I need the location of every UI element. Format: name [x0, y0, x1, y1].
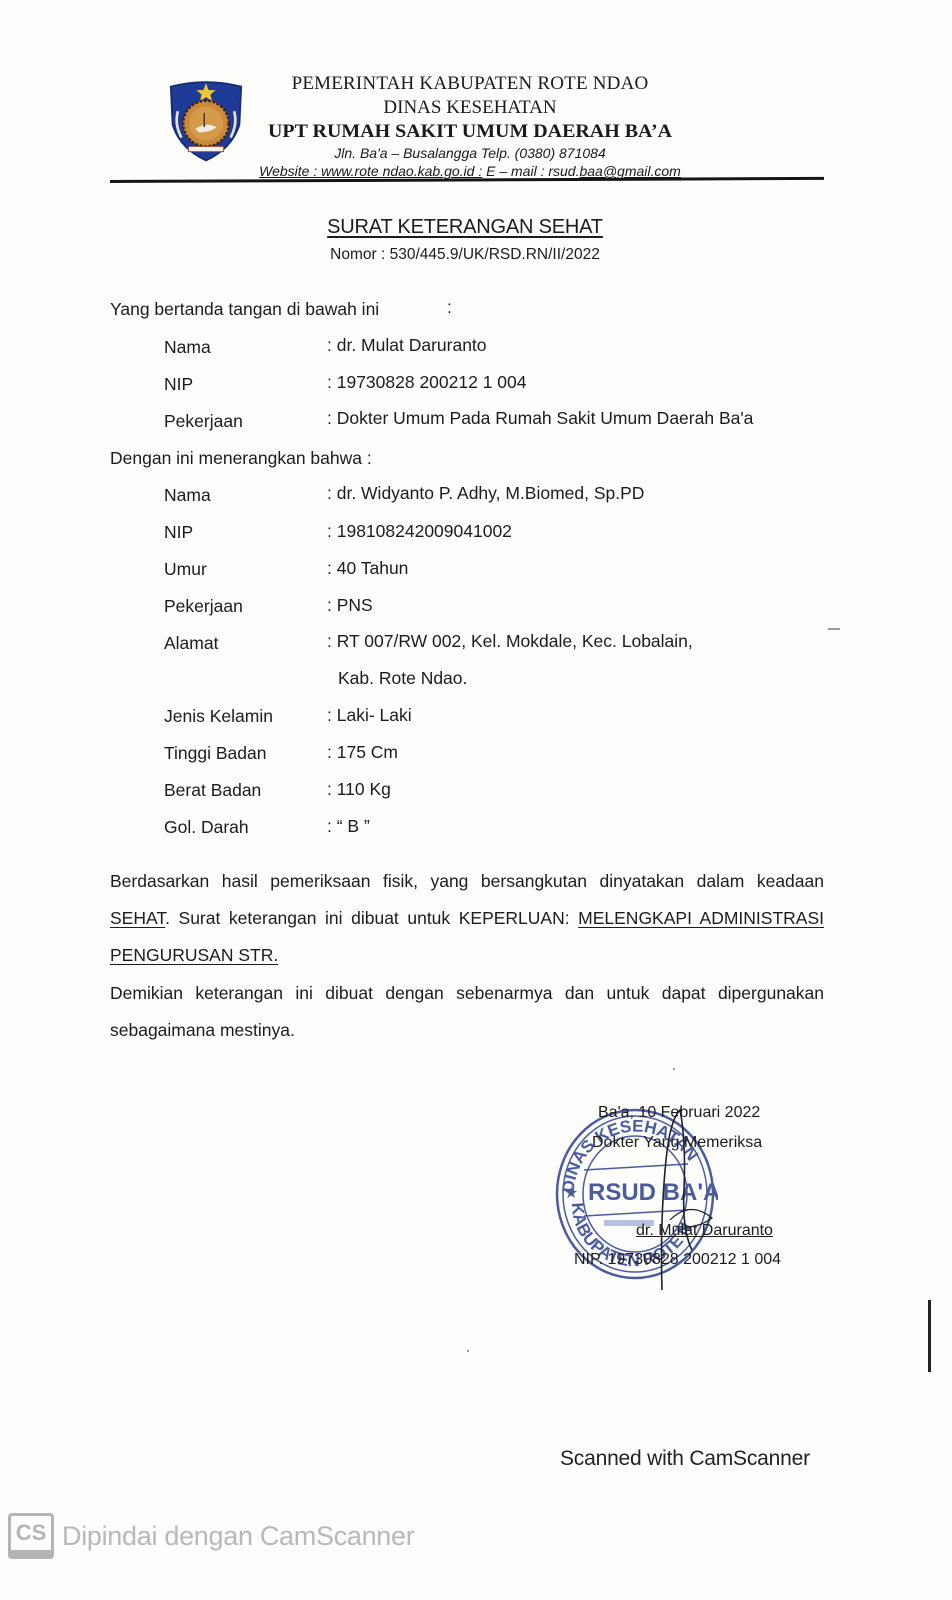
government-name: PEMERINTAH KABUPATEN ROTE NDAO [230, 72, 710, 96]
subject-height-label: Tinggi Badan [164, 742, 266, 764]
email-prefix: E – mail : rsud. [482, 163, 579, 179]
subject-nip-value: : 198108242009041002 [327, 520, 512, 542]
handwritten-signature [600, 1100, 740, 1290]
subject-age-label: Umur [164, 558, 207, 580]
subject-job-label: Pekerjaan [164, 595, 243, 617]
department-name: DINAS KESEHATAN [230, 96, 710, 120]
scan-mark [828, 628, 840, 630]
letterhead: PEMERINTAH KABUPATEN ROTE NDAO DINAS KES… [230, 72, 710, 180]
document-title: SURAT KETERANGAN SEHAT [0, 216, 930, 239]
health-status: SEHAT [110, 908, 165, 928]
subject-job-value: : PNS [327, 594, 373, 616]
subject-weight-label: Berat Badan [164, 779, 261, 801]
subject-intro: Dengan ini menerangkan bahwa : [110, 447, 372, 469]
camscanner-watermark-text: Dipindai dengan CamScanner [62, 1521, 414, 1552]
signer-job-value: : Dokter Umum Pada Rumah Sakit Umum Daer… [327, 407, 753, 429]
signer-intro-colon: : [447, 296, 452, 318]
subject-blood-type-value: : “ B ” [327, 815, 370, 837]
camscanner-logo-icon: CS [8, 1513, 54, 1559]
camscanner-watermark: CS Dipindai dengan CamScanner [8, 1513, 414, 1559]
hospital-name: UPT RUMAH SAKIT UMUM DAERAH BA’A [218, 120, 722, 144]
document-number: Nomor : 530/445.9/UK/RSD.RN/II/2022 [0, 246, 930, 264]
subject-address-label: Alamat [164, 632, 218, 654]
subject-height-value: : 175 Cm [327, 741, 398, 763]
scan-edge [928, 1300, 931, 1372]
signer-job-label: Pekerjaan [164, 410, 243, 432]
signer-nip-label: NIP [164, 373, 193, 395]
scanned-with-camscanner: Scanned with CamScanner [560, 1447, 810, 1471]
subject-name-label: Nama [164, 484, 211, 506]
signer-name-label: Nama [164, 336, 211, 358]
subject-gender-label: Jenis Kelamin [164, 705, 273, 727]
subject-gender-value: : Laki- Laki [327, 704, 412, 726]
subject-age-value: : 40 Tahun [327, 557, 408, 579]
signer-nip-value: : 19730828 200212 1 004 [327, 371, 527, 393]
signer-intro: Yang bertanda tangan di bawah ini [110, 298, 379, 320]
svg-text:★: ★ [564, 1183, 578, 1202]
hospital-address: Jln. Ba'a – Busalangga Telp. (0380) 8710… [230, 144, 710, 162]
website-link[interactable]: Website : www.rote ndao.kab.go.id : [259, 163, 482, 179]
subject-address-value-line2: Kab. Rote Ndao. [338, 667, 467, 689]
conclusion-paragraph: Berdasarkan hasil pemeriksaan fisik, yan… [110, 863, 824, 974]
subject-weight-value: : 110 Kg [327, 778, 391, 800]
scan-speck [467, 1350, 469, 1352]
closing-paragraph: Demikian keterangan ini dibuat dengan se… [110, 975, 824, 1049]
signer-name-value: : dr. Mulat Daruranto [327, 334, 487, 356]
subject-nip-label: NIP [164, 521, 193, 543]
letterhead-divider [110, 177, 824, 183]
subject-name-value: : dr. Widyanto P. Adhy, M.Biomed, Sp.PD [327, 482, 644, 504]
subject-blood-type-label: Gol. Darah [164, 816, 249, 838]
scan-speck [673, 1068, 675, 1070]
subject-address-value: : RT 007/RW 002, Kel. Mokdale, Kec. Loba… [327, 630, 693, 652]
